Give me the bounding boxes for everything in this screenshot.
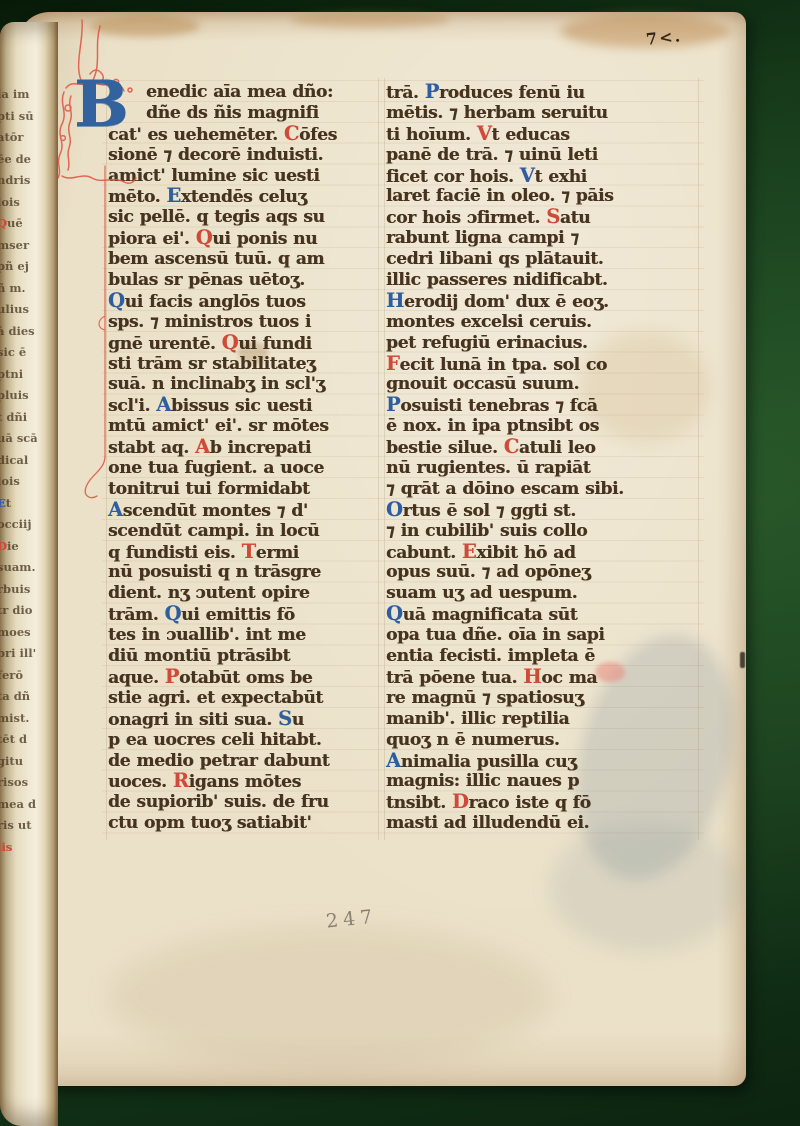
text-line: Fecit lunā in tpa. sol co bbox=[386, 354, 696, 375]
text-line: amict' lumine sic uesti bbox=[108, 166, 390, 187]
text-run: bri ill' bbox=[0, 646, 36, 660]
text-line: dient. nʒ ɔutent opire bbox=[108, 583, 390, 604]
text-line: sti trām sr stabilitateʒ bbox=[108, 354, 390, 375]
text-line: enedic aīa mea dño: bbox=[108, 82, 390, 103]
text-line: Herodij dom' dux ē eoʒ. bbox=[386, 291, 696, 312]
text-line: bem ascensū tuū. q am bbox=[108, 249, 390, 270]
text-line: onagri in siti sua. Su bbox=[108, 709, 390, 730]
text-run: piora ei'. bbox=[108, 229, 196, 249]
versal-initial: Q bbox=[165, 602, 182, 625]
text-line: aque. Potabūt oms be bbox=[108, 667, 390, 688]
gutter-fragment: lois bbox=[0, 192, 37, 214]
text-run: montes excelsi ceruis. bbox=[386, 312, 592, 332]
text-line: cabunt. Exibit hō ad bbox=[386, 542, 696, 563]
text-run: raco iste q fō bbox=[468, 793, 590, 813]
text-run: ptni bbox=[0, 367, 23, 381]
text-column-right: trā. Produces fenū iumētis. ⁊ herbam ser… bbox=[386, 82, 696, 834]
gutter-fragment: ris ut bbox=[0, 815, 37, 837]
text-run: bulas sr pēnas uētoʒ. bbox=[108, 270, 305, 290]
text-run: ui facis anglōs tuos bbox=[125, 292, 306, 312]
text-line: stabt aq. Ab increpati bbox=[108, 437, 390, 458]
text-run: mtū amict' ei'. sr mōtes bbox=[108, 416, 329, 436]
text-run: ferō bbox=[0, 668, 23, 682]
text-run: one tua fugient. a uoce bbox=[108, 458, 324, 478]
gutter-fragment: pti sū bbox=[0, 106, 37, 128]
text-line: mēto. Extendēs celuʒ bbox=[108, 186, 390, 207]
text-run: t exhi bbox=[534, 167, 586, 187]
text-run: ndris bbox=[0, 173, 30, 187]
text-run: ecit lunā in tpa. sol co bbox=[399, 355, 607, 375]
text-run: xtendēs celuʒ bbox=[181, 187, 307, 207]
text-run: pñ ej bbox=[0, 259, 29, 273]
text-run: uoces. bbox=[108, 772, 173, 792]
text-line: gnouit occasū suum. bbox=[386, 374, 696, 395]
stain-foxing bbox=[110, 927, 550, 1067]
text-run: risos bbox=[0, 775, 28, 789]
gutter-fragment: uā scā bbox=[0, 428, 37, 450]
gutter-fragment: atōr bbox=[0, 127, 37, 149]
text-line: tonitrui tui formidabt bbox=[108, 479, 390, 500]
text-line: ctu opm tuoʒ satiabit' bbox=[108, 813, 390, 834]
text-run: suam uʒ ad uespum. bbox=[386, 583, 577, 603]
versal-initial: E bbox=[166, 184, 180, 207]
text-line: bestie silue. Catuli leo bbox=[386, 437, 696, 458]
text-run: cedri libani qs plātauit. bbox=[386, 249, 603, 269]
text-run: enedic aīa mea dño: bbox=[146, 82, 333, 102]
text-line: re magnū ⁊ spatiosuʒ bbox=[386, 688, 696, 709]
text-run: ermi bbox=[256, 543, 299, 563]
versal-initial: A bbox=[156, 393, 171, 416]
text-line: quoʒ n ē numerus. bbox=[386, 730, 696, 751]
text-run: nū rugientes. ū rapiāt bbox=[386, 458, 590, 478]
gutter-fragment: lois bbox=[0, 471, 37, 493]
text-run: tēt d bbox=[0, 732, 27, 746]
text-run: entia fecisti. impleta ē bbox=[386, 646, 595, 666]
text-run: ulius bbox=[0, 302, 29, 316]
text-run: mea d bbox=[0, 797, 36, 811]
gutter-fragment: la im bbox=[0, 84, 37, 106]
text-run: sionē ⁊ decorē induisti. bbox=[108, 145, 323, 165]
text-line: de supiorib' suis. de fru bbox=[108, 792, 390, 813]
gutter-fragment: risos bbox=[0, 772, 37, 794]
text-line: pet refugiū erinacius. bbox=[386, 333, 696, 354]
versal-initial: A bbox=[386, 749, 401, 772]
gutter-fragment: bri ill' bbox=[0, 643, 37, 665]
versal-initial: V bbox=[477, 122, 492, 145]
text-line: laret faciē in oleo. ⁊ pāis bbox=[386, 186, 696, 207]
text-run: lois bbox=[0, 195, 20, 209]
folio-number: 247 bbox=[325, 905, 378, 932]
gutter-fragment: ndris bbox=[0, 170, 37, 192]
gutter-fragment: ā dies bbox=[0, 321, 37, 343]
text-line: cat' es uehemēter. Cōfes bbox=[108, 124, 390, 145]
text-run: ctu opm tuoʒ satiabit' bbox=[108, 813, 311, 833]
text-line: illic passeres nidificabt. bbox=[386, 270, 696, 291]
text-line: montes excelsi ceruis. bbox=[386, 312, 696, 333]
text-line: trā pōene tua. Hoc ma bbox=[386, 667, 696, 688]
versal-initial: C bbox=[284, 122, 299, 145]
versal-initial: C bbox=[504, 435, 519, 458]
gutter-fragment: pñ ej bbox=[0, 256, 37, 278]
text-line: gnē urentē. Qui fundi bbox=[108, 333, 390, 354]
versal-initial: T bbox=[242, 540, 256, 563]
text-line: scl'i. Abissus sic uesti bbox=[108, 395, 390, 416]
text-run: ēe de bbox=[0, 152, 31, 166]
text-line: opa tua dñe. oīa in sapi bbox=[386, 625, 696, 646]
text-run: gitu bbox=[0, 754, 23, 768]
text-line: rabunt ligna campi ⁊ bbox=[386, 228, 696, 249]
text-run: magnis: illic naues p bbox=[386, 771, 579, 791]
text-line: ficet cor hois. Vt exhi bbox=[386, 166, 696, 187]
text-run: ui fundi bbox=[238, 334, 311, 354]
text-run: lois bbox=[0, 474, 20, 488]
text-run: ñ m. bbox=[0, 281, 26, 295]
text-run: ui emittis fō bbox=[181, 605, 295, 625]
versal-initial: A bbox=[108, 498, 123, 521]
text-line: Posuisti tenebras ⁊ fcā bbox=[386, 395, 696, 416]
corner-mark: 7<. bbox=[645, 26, 683, 49]
text-run: amict' lumine sic uesti bbox=[108, 166, 320, 186]
gutter-fragment: gitu bbox=[0, 751, 37, 773]
versal-initial: P bbox=[165, 665, 179, 688]
stain-top-edge bbox=[290, 12, 450, 28]
text-run: quoʒ n ē numerus. bbox=[386, 730, 559, 750]
text-run: panē de trā. ⁊ uinū leti bbox=[386, 145, 598, 165]
text-run: mist. bbox=[0, 711, 29, 725]
gutter-fragment: mea d bbox=[0, 794, 37, 816]
text-run: sic pellē. q tegis aqs su bbox=[108, 207, 325, 227]
text-run: rtus ē sol ⁊ ggti st. bbox=[403, 501, 576, 521]
versal-initial: F bbox=[386, 352, 399, 375]
text-run: uā scā bbox=[0, 431, 37, 445]
text-line: nū posuisti q n trāsgre bbox=[108, 562, 390, 583]
text-line: manib'. illic reptilia bbox=[386, 709, 696, 730]
stain-blue-smudge bbox=[550, 822, 740, 952]
text-run: suā. n inclinabʒ in scl'ʒ bbox=[108, 374, 325, 394]
text-run: rbuis bbox=[0, 582, 30, 596]
text-line: diū montiū ptrāsibt bbox=[108, 646, 390, 667]
text-run: ē nox. in ipa ptnsibt os bbox=[386, 416, 599, 436]
versal-initial: H bbox=[386, 289, 404, 312]
text-run: scendūt montes ⁊ d' bbox=[123, 501, 308, 521]
text-line: Qui facis anglōs tuos bbox=[108, 291, 390, 312]
text-run: ris ut bbox=[0, 818, 32, 832]
text-run: dical bbox=[0, 453, 28, 467]
text-line: q fundisti eis. Termi bbox=[108, 542, 390, 563]
gutter-fragment: mser bbox=[0, 235, 37, 257]
gutter-fragment: t dñi bbox=[0, 407, 37, 429]
text-run: dñe ds ñis magnifi bbox=[146, 103, 319, 123]
versal-initial: lis bbox=[0, 840, 12, 854]
stain-top-edge bbox=[90, 15, 200, 37]
gutter-fragment: ñ m. bbox=[0, 278, 37, 300]
text-run: nimalia pusilla cuʒ bbox=[401, 752, 577, 772]
text-run: ie bbox=[7, 539, 19, 553]
text-run: rabunt ligna campi ⁊ bbox=[386, 228, 579, 248]
gutter-fragment: tr dio bbox=[0, 600, 37, 622]
text-run: scl'i. bbox=[108, 396, 156, 416]
text-line: piora ei'. Qui ponis nu bbox=[108, 228, 390, 249]
text-line: sic pellē. q tegis aqs su bbox=[108, 207, 390, 228]
text-line: ⁊ qrāt a dōino escam sibi. bbox=[386, 479, 696, 500]
text-run: t dñi bbox=[0, 410, 27, 424]
versal-initial: V bbox=[520, 164, 535, 187]
text-run: roduces fenū iu bbox=[439, 83, 585, 103]
text-run: la im bbox=[0, 87, 29, 101]
manuscript-page: B enedic aīa mea dño:dñe ds ñis magnific… bbox=[20, 12, 746, 1086]
text-line: uoces. Rigans mōtes bbox=[108, 771, 390, 792]
gutter-fragment: ferō bbox=[0, 665, 37, 687]
text-column-left: enedic aīa mea dño:dñe ds ñis magnificat… bbox=[108, 82, 390, 834]
text-run: suam. bbox=[0, 560, 35, 574]
text-run: stie agri. et expectabūt bbox=[108, 688, 323, 708]
versal-initial: P bbox=[386, 393, 400, 416]
gutter-fragment: ēe de bbox=[0, 149, 37, 171]
text-run: sti trām sr stabilitateʒ bbox=[108, 354, 315, 374]
text-run: igans mōtes bbox=[189, 772, 301, 792]
versal-initial: D bbox=[452, 790, 469, 813]
gutter-strip: la impti sūatōrēe dendrisloisQuēmserpñ e… bbox=[0, 22, 58, 1126]
versal-initial: R bbox=[173, 769, 189, 792]
gutter-fragment: suam. bbox=[0, 557, 37, 579]
versal-initial: H bbox=[523, 665, 541, 688]
text-run: manib'. illic reptilia bbox=[386, 709, 569, 729]
text-run: q fundisti eis. bbox=[108, 543, 242, 563]
text-line: ē nox. in ipa ptnsibt os bbox=[386, 416, 696, 437]
gutter-fragment: pluis bbox=[0, 385, 37, 407]
text-run: pti sū bbox=[0, 109, 34, 123]
drop-cap-initial: B bbox=[64, 74, 138, 140]
gutter-fragment: ulius bbox=[0, 299, 37, 321]
text-line: Ascendūt montes ⁊ d' bbox=[108, 500, 390, 521]
text-line: de medio petrar dabunt bbox=[108, 751, 390, 772]
text-run: otabūt oms be bbox=[179, 668, 312, 688]
ruling-vertical bbox=[698, 78, 699, 840]
versal-initial: P bbox=[425, 80, 439, 103]
text-run: tes in ɔuallib'. int me bbox=[108, 625, 306, 645]
versal-initial: Q bbox=[196, 226, 213, 249]
text-line: ⁊ in cubilib' suis collo bbox=[386, 521, 696, 542]
text-line: magnis: illic naues p bbox=[386, 771, 696, 792]
text-line: tes in ɔuallib'. int me bbox=[108, 625, 390, 646]
text-run: gnē urentē. bbox=[108, 334, 222, 354]
text-line: panē de trā. ⁊ uinū leti bbox=[386, 145, 696, 166]
text-run: trā. bbox=[386, 83, 425, 103]
text-line: stie agri. et expectabūt bbox=[108, 688, 390, 709]
gutter-fragment: Die bbox=[0, 536, 37, 558]
text-run: moes bbox=[0, 625, 31, 639]
text-run: ⁊ in cubilib' suis collo bbox=[386, 521, 587, 541]
text-run: uē bbox=[7, 216, 23, 230]
versal-initial: Q bbox=[0, 216, 7, 230]
text-run: pluis bbox=[0, 388, 29, 402]
text-line: bulas sr pēnas uētoʒ. bbox=[108, 270, 390, 291]
text-line: entia fecisti. impleta ē bbox=[386, 646, 696, 667]
text-run: ta dñ bbox=[0, 689, 30, 703]
text-run: ōfes bbox=[299, 125, 337, 145]
gutter-fragment: Et bbox=[0, 493, 37, 515]
versal-initial: Q bbox=[222, 331, 239, 354]
gutter-fragment: tēt d bbox=[0, 729, 37, 751]
text-line: one tua fugient. a uoce bbox=[108, 458, 390, 479]
text-run: t bbox=[6, 496, 11, 510]
text-run: sps. ⁊ ministros tuos i bbox=[108, 312, 311, 332]
text-run: bestie silue. bbox=[386, 438, 504, 458]
versal-initial: D bbox=[0, 539, 7, 553]
gutter-fragment: ptni bbox=[0, 364, 37, 386]
manuscript-photo: B enedic aīa mea dño:dñe ds ñis magnific… bbox=[0, 0, 800, 1126]
text-run: ā dies bbox=[0, 324, 35, 338]
text-line: ti hoīum. Vt educas bbox=[386, 124, 696, 145]
text-run: masti ad illudendū ei. bbox=[386, 813, 589, 833]
text-line: mtū amict' ei'. sr mōtes bbox=[108, 416, 390, 437]
versal-initial: O bbox=[386, 498, 403, 521]
text-run: laret faciē in oleo. ⁊ pāis bbox=[386, 186, 613, 206]
text-run: opa tua dñe. oīa in sapi bbox=[386, 625, 604, 645]
text-line: Ortus ē sol ⁊ ggti st. bbox=[386, 500, 696, 521]
text-run: tonitrui tui formidabt bbox=[108, 479, 310, 499]
text-run: tnsibt. bbox=[386, 793, 452, 813]
text-run: ui ponis nu bbox=[212, 229, 317, 249]
versal-initial: Q bbox=[386, 602, 403, 625]
text-run: oc ma bbox=[541, 668, 597, 688]
text-run: illic passeres nidificabt. bbox=[386, 270, 608, 290]
text-run: scendūt campi. in locū bbox=[108, 521, 319, 541]
text-line: cedri libani qs plātauit. bbox=[386, 249, 696, 270]
versal-initial: S bbox=[278, 707, 292, 730]
text-run: diū montiū ptrāsibt bbox=[108, 646, 290, 666]
text-line: suā. n inclinabʒ in scl'ʒ bbox=[108, 374, 390, 395]
text-line: Quā magnificata sūt bbox=[386, 604, 696, 625]
text-run: pet refugiū erinacius. bbox=[386, 333, 588, 353]
ruling-vertical bbox=[106, 78, 107, 840]
text-line: dñe ds ñis magnifi bbox=[108, 103, 390, 124]
text-run: nū posuisti q n trāsgre bbox=[108, 562, 321, 582]
versal-initial: S bbox=[546, 205, 560, 228]
text-run: occiij bbox=[0, 517, 32, 531]
text-run: erodij dom' dux ē eoʒ. bbox=[404, 292, 609, 312]
text-run: sic ē bbox=[0, 345, 26, 359]
text-run: trām. bbox=[108, 605, 165, 625]
text-run: mser bbox=[0, 238, 29, 252]
text-run: opus suū. ⁊ ad opōneʒ bbox=[386, 562, 590, 582]
text-line: opus suū. ⁊ ad opōneʒ bbox=[386, 562, 696, 583]
text-run: mētis. ⁊ herbam seruitu bbox=[386, 103, 608, 123]
text-run: ti hoīum. bbox=[386, 125, 477, 145]
text-run: mēto. bbox=[108, 187, 166, 207]
ink-tick bbox=[740, 652, 745, 668]
text-line: trā. Produces fenū iu bbox=[386, 82, 696, 103]
gutter-text-fragments: la impti sūatōrēe dendrisloisQuēmserpñ e… bbox=[0, 84, 40, 904]
text-line: scendūt campi. in locū bbox=[108, 521, 390, 542]
text-run: atuli leo bbox=[519, 438, 596, 458]
text-run: cabunt. bbox=[386, 543, 462, 563]
text-run: gnouit occasū suum. bbox=[386, 374, 579, 394]
text-run: ⁊ qrāt a dōino escam sibi. bbox=[386, 479, 624, 499]
gutter-fragment: sic ē bbox=[0, 342, 37, 364]
text-line: Animalia pusilla cuʒ bbox=[386, 751, 696, 772]
text-run: aque. bbox=[108, 668, 165, 688]
text-line: sps. ⁊ ministros tuos i bbox=[108, 312, 390, 333]
text-line: cor hois ɔfirmet. Satu bbox=[386, 207, 696, 228]
text-run: dient. nʒ ɔutent opire bbox=[108, 583, 309, 603]
text-run: uā magnificata sūt bbox=[403, 605, 578, 625]
text-run: cor hois ɔfirmet. bbox=[386, 208, 546, 228]
text-run: bissus sic uesti bbox=[171, 396, 312, 416]
text-line: mētis. ⁊ herbam seruitu bbox=[386, 103, 696, 124]
text-run: trā pōene tua. bbox=[386, 668, 523, 688]
text-run: tr dio bbox=[0, 603, 32, 617]
text-run: atu bbox=[560, 208, 590, 228]
text-run: u bbox=[292, 710, 304, 730]
text-line: trām. Qui emittis fō bbox=[108, 604, 390, 625]
text-run: stabt aq. bbox=[108, 438, 195, 458]
versal-initial: Q bbox=[108, 289, 125, 312]
versal-initial: E bbox=[462, 540, 476, 563]
text-run: onagri in siti sua. bbox=[108, 710, 278, 730]
text-run: de medio petrar dabunt bbox=[108, 751, 329, 771]
text-line: tnsibt. Draco iste q fō bbox=[386, 792, 696, 813]
gutter-fragment: ta dñ bbox=[0, 686, 37, 708]
text-run: bem ascensū tuū. q am bbox=[108, 249, 324, 269]
text-run: b increpati bbox=[210, 438, 311, 458]
text-line: nū rugientes. ū rapiāt bbox=[386, 458, 696, 479]
gutter-fragment: moes bbox=[0, 622, 37, 644]
text-run: ficet cor hois. bbox=[386, 167, 520, 187]
gutter-fragment: occiij bbox=[0, 514, 37, 536]
gutter-fragment: Quē bbox=[0, 213, 37, 235]
text-run: xibit hō ad bbox=[476, 543, 575, 563]
gutter-fragment: rbuis bbox=[0, 579, 37, 601]
gutter-fragment: mist. bbox=[0, 708, 37, 730]
text-line: suam uʒ ad uespum. bbox=[386, 583, 696, 604]
text-run: de supiorib' suis. de fru bbox=[108, 792, 329, 812]
versal-initial: A bbox=[195, 435, 210, 458]
gutter-fragment: dical bbox=[0, 450, 37, 472]
text-line: p ea uocres celi hitabt. bbox=[108, 730, 390, 751]
gutter-fragment: lis bbox=[0, 837, 37, 859]
text-run: atōr bbox=[0, 130, 24, 144]
text-line: masti ad illudendū ei. bbox=[386, 813, 696, 834]
text-line: sionē ⁊ decorē induisti. bbox=[108, 145, 390, 166]
text-run: t educas bbox=[492, 125, 570, 145]
text-run: osuisti tenebras ⁊ fcā bbox=[400, 396, 597, 416]
text-run: p ea uocres celi hitabt. bbox=[108, 730, 321, 750]
text-run: re magnū ⁊ spatiosuʒ bbox=[386, 688, 584, 708]
